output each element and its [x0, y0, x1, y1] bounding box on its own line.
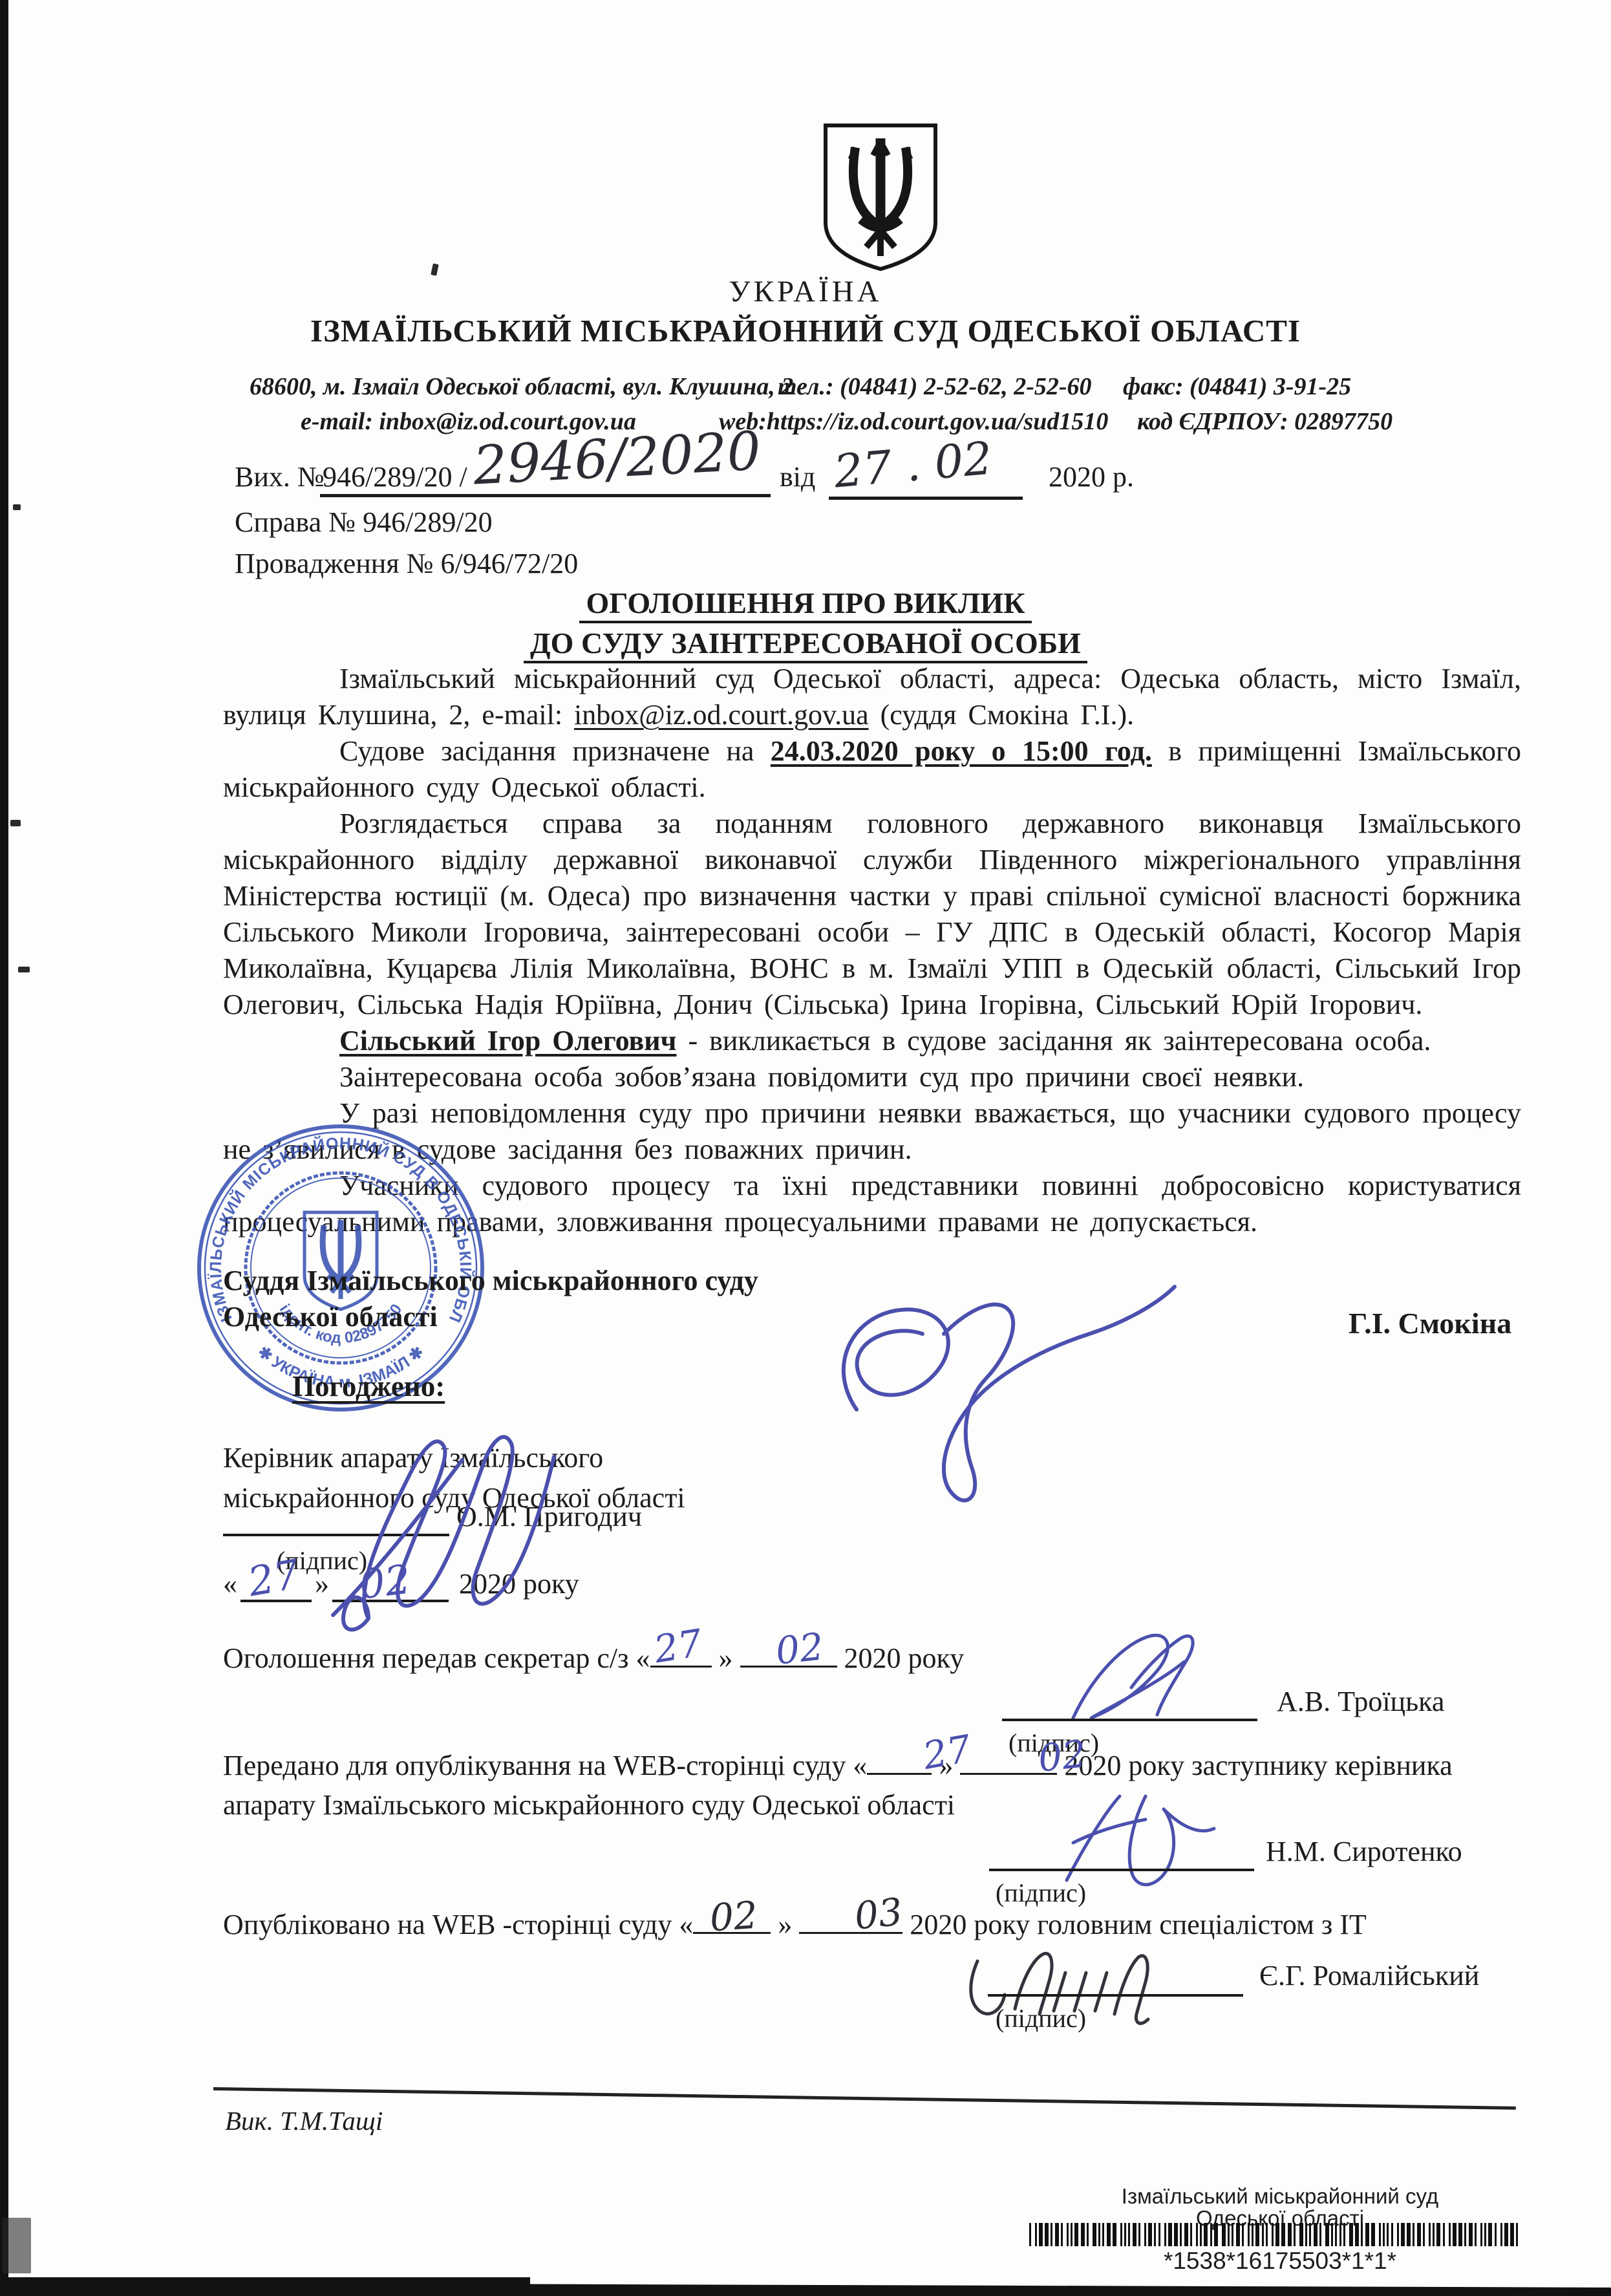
barcode-bars: [1029, 2223, 1546, 2246]
handed-name: А.В. Троїцька: [1277, 1685, 1444, 1718]
paragraph-notice-duty: Заінтересована особа зобов’язана повідом…: [223, 1059, 1521, 1095]
barcode-value: *1538*16175503*1*1*: [1008, 2248, 1552, 2275]
court-name: ІЗМАЇЛЬСЬКИЙ МІСЬКРАЙОННИЙ СУД ОДЕСЬКОЇ …: [0, 312, 1611, 349]
deputy-chief-signature: [1047, 1783, 1228, 1893]
handwritten-handed-month: 02: [774, 1624, 826, 1673]
published-sign-line: [988, 1994, 1243, 1997]
executor-label: Вик. Т.М.Тащі: [225, 2105, 383, 2136]
header-web: web:https://iz.od.court.gov.ua/sud1510: [719, 407, 1108, 436]
header-fax: факс: (04841) 3-91-25: [1123, 372, 1351, 401]
scan-speck: [10, 820, 21, 826]
handwritten-handed-day: 27: [651, 1621, 705, 1672]
coat-of-arms-icon: [822, 122, 939, 273]
scan-smudge: [3, 2218, 31, 2273]
barcode-org-line1: Ізмаїльський міськрайонний суд: [1008, 2184, 1552, 2209]
country-label: УКРАЇНА: [0, 274, 1611, 309]
paragraph-case-description: Розглядається справа за поданням головно…: [223, 806, 1521, 1023]
footer-rule: [213, 2087, 1516, 2110]
paragraph-hearing-date: Судове засідання призначене на 24.03.202…: [223, 733, 1521, 806]
ref-from-label: від: [780, 460, 815, 493]
judge-signature: [811, 1271, 1186, 1519]
handwritten-web-day: 27: [920, 1726, 974, 1778]
header-edrpou: код ЄДРПОУ: 02897750: [1137, 407, 1392, 436]
summoned-person-name: Сільський Ігор Олегович: [339, 1025, 676, 1057]
handed-row: Оголошення передав секретар с/з « » 2020…: [223, 1641, 964, 1675]
header-address: 68600, м. Ізмаїл Одеської області, вул. …: [250, 372, 793, 401]
handwritten-web-month: 02: [1036, 1732, 1089, 1780]
web-day-blank: [867, 1748, 932, 1775]
web-transfer-row2: апарату Ізмаїльського міськрайонного суд…: [223, 1788, 955, 1821]
handwritten-published-day: 02: [709, 1893, 759, 1940]
web-transfer-row: Передано для опублікування на WEB-сторін…: [223, 1748, 1453, 1782]
hearing-datetime: 24.03.2020 року о 15:00 год.: [771, 735, 1152, 767]
chief-of-staff-signature: [294, 1421, 572, 1636]
web-sign-caption: (підпис): [996, 1878, 1086, 1908]
email-link-text: inbox@iz.od.court.gov.ua: [574, 699, 869, 731]
ref-year: 2020 р.: [1049, 460, 1134, 493]
approved-heading: Погоджено:: [292, 1369, 445, 1403]
ref-underline-1: [320, 494, 771, 497]
scan-speck: [18, 967, 30, 972]
web-name: Н.М. Сиротенко: [1266, 1835, 1462, 1868]
doc-title-line2: ДО СУДУ ЗАІНТЕРЕСОВАНОЇ ОСОБИ: [0, 626, 1611, 660]
published-row: Опубліковано на WEB -сторінці суду « » 2…: [223, 1907, 1367, 1941]
document-page: УКРАЇНА ІЗМАЇЛЬСЬКИЙ МІСЬКРАЙОННИЙ СУД О…: [0, 0, 1611, 2296]
ref-proceeding: Провадження № 6/946/72/20: [235, 547, 578, 580]
handwritten-published-month: 03: [853, 1889, 905, 1938]
scan-edge-bottom-left: [0, 2277, 530, 2296]
ref-out-label: Вих. №: [235, 460, 325, 493]
judge-title: Суддя Ізмаїльського міськрайонного суду …: [223, 1263, 758, 1335]
published-name: Є.Г. Ромалійський: [1259, 1959, 1479, 1992]
paragraph-court-address: Ізмаїльський міськрайонний суд Одеської …: [223, 661, 1521, 733]
web-sign-line: [989, 1869, 1254, 1871]
scan-speck: [13, 504, 21, 510]
handwritten-ref-date: 27 . 02: [832, 431, 994, 498]
doc-title-line1: ОГОЛОШЕННЯ ПРО ВИКЛИК: [0, 586, 1611, 620]
judge-name: Г.І. Смокіна: [1349, 1306, 1511, 1340]
header-phone: тел.: (04841) 2-52-62, 2-52-60: [778, 372, 1092, 401]
published-sign-caption: (підпис): [996, 2003, 1086, 2033]
paragraph-summoned-person: Сільський Ігор Олегович - викликається в…: [223, 1023, 1521, 1059]
ref-underline-2: [829, 497, 1023, 500]
approved-open-quote: «: [223, 1567, 237, 1600]
ref-out-number: 946/289/20 /: [323, 460, 467, 493]
ref-case: Справа № 946/289/20: [235, 506, 493, 539]
handed-sign-line: [1002, 1719, 1257, 1721]
